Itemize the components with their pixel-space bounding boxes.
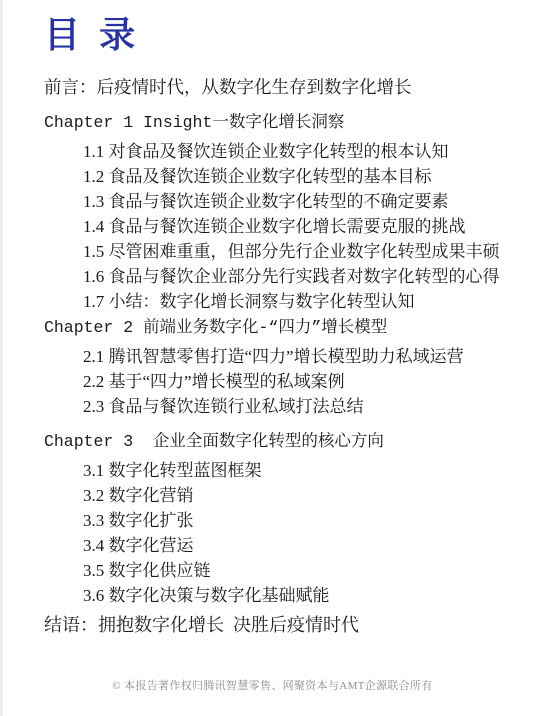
toc-entry: 1.3 食品与餐饮连锁企业数字化转型的不确定要素 (83, 189, 522, 214)
toc-page: 目 录 前言：后疫情时代，从数字化生存到数字化增长 Chapter 1 Insi… (0, 0, 542, 716)
toc-entry: 3.1 数字化转型蓝图框架 (83, 458, 522, 483)
chapter-1-section: Chapter 1 Insight一数字化增长洞察 1.1 对食品及餐饮连锁企业… (44, 113, 522, 314)
page-title: 目 录 (44, 14, 522, 56)
toc-entry: 1.5 尽管困难重重，但部分先行企业数字化转型成果丰硕 (83, 239, 522, 264)
toc-entry: 2.2 基于“四力”增长模型的私域案例 (83, 369, 522, 394)
chapter-3-items: 3.1 数字化转型蓝图框架 3.2 数字化营销 3.3 数字化扩张 3.4 数字… (44, 458, 522, 608)
toc-entry: 2.3 食品与餐饮连锁行业私域打法总结 (83, 394, 522, 419)
toc-entry: 3.5 数字化供应链 (83, 558, 522, 583)
toc-entry: 1.1 对食品及餐饮连锁企业数字化转型的根本认知 (83, 139, 522, 164)
chapter-3-heading: Chapter 3 企业全面数字化转型的核心方向 (44, 432, 522, 452)
toc-entry: 3.4 数字化营运 (83, 533, 522, 558)
toc-entry: 3.3 数字化扩张 (83, 508, 522, 533)
toc-content: 目 录 前言：后疫情时代，从数字化生存到数字化增长 Chapter 1 Insi… (3, 14, 542, 636)
toc-entry: 3.2 数字化营销 (83, 483, 522, 508)
chapter-2-section: Chapter 2 前端业务数字化-“四力”增长模型 2.1 腾讯智慧零售打造“… (44, 318, 522, 419)
chapter-2-items: 2.1 腾讯智慧零售打造“四力”增长模型助力私域运营 2.2 基于“四力”增长模… (44, 344, 522, 419)
chapter-1-heading: Chapter 1 Insight一数字化增长洞察 (44, 113, 522, 133)
toc-entry: 3.6 数字化决策与数字化基础赋能 (83, 583, 522, 608)
chapter-2-heading: Chapter 2 前端业务数字化-“四力”增长模型 (44, 318, 522, 338)
toc-entry: 1.4 食品与餐饮连锁企业数字化增长需要克服的挑战 (83, 214, 522, 239)
preface-line: 前言：后疫情时代，从数字化生存到数字化增长 (44, 77, 522, 97)
conclusion-line: 结语：拥抱数字化增长 决胜后疫情时代 (44, 614, 522, 636)
toc-entry: 1.2 食品及餐饮连锁企业数字化转型的基本目标 (83, 164, 522, 189)
toc-entry: 1.6 食品与餐饮企业部分先行实践者对数字化转型的心得 (83, 264, 522, 289)
chapter-1-items: 1.1 对食品及餐饮连锁企业数字化转型的根本认知 1.2 食品及餐饮连锁企业数字… (44, 139, 522, 314)
chapter-3-section: Chapter 3 企业全面数字化转型的核心方向 3.1 数字化转型蓝图框架 3… (44, 432, 522, 608)
toc-entry: 2.1 腾讯智慧零售打造“四力”增长模型助力私域运营 (83, 344, 522, 369)
copyright-footer: © 本报告著作权归腾讯智慧零售、网聚资本与AMT企源联合所有 (3, 679, 542, 694)
toc-entry: 1.7 小结：数字化增长洞察与数字化转型认知 (83, 289, 522, 314)
